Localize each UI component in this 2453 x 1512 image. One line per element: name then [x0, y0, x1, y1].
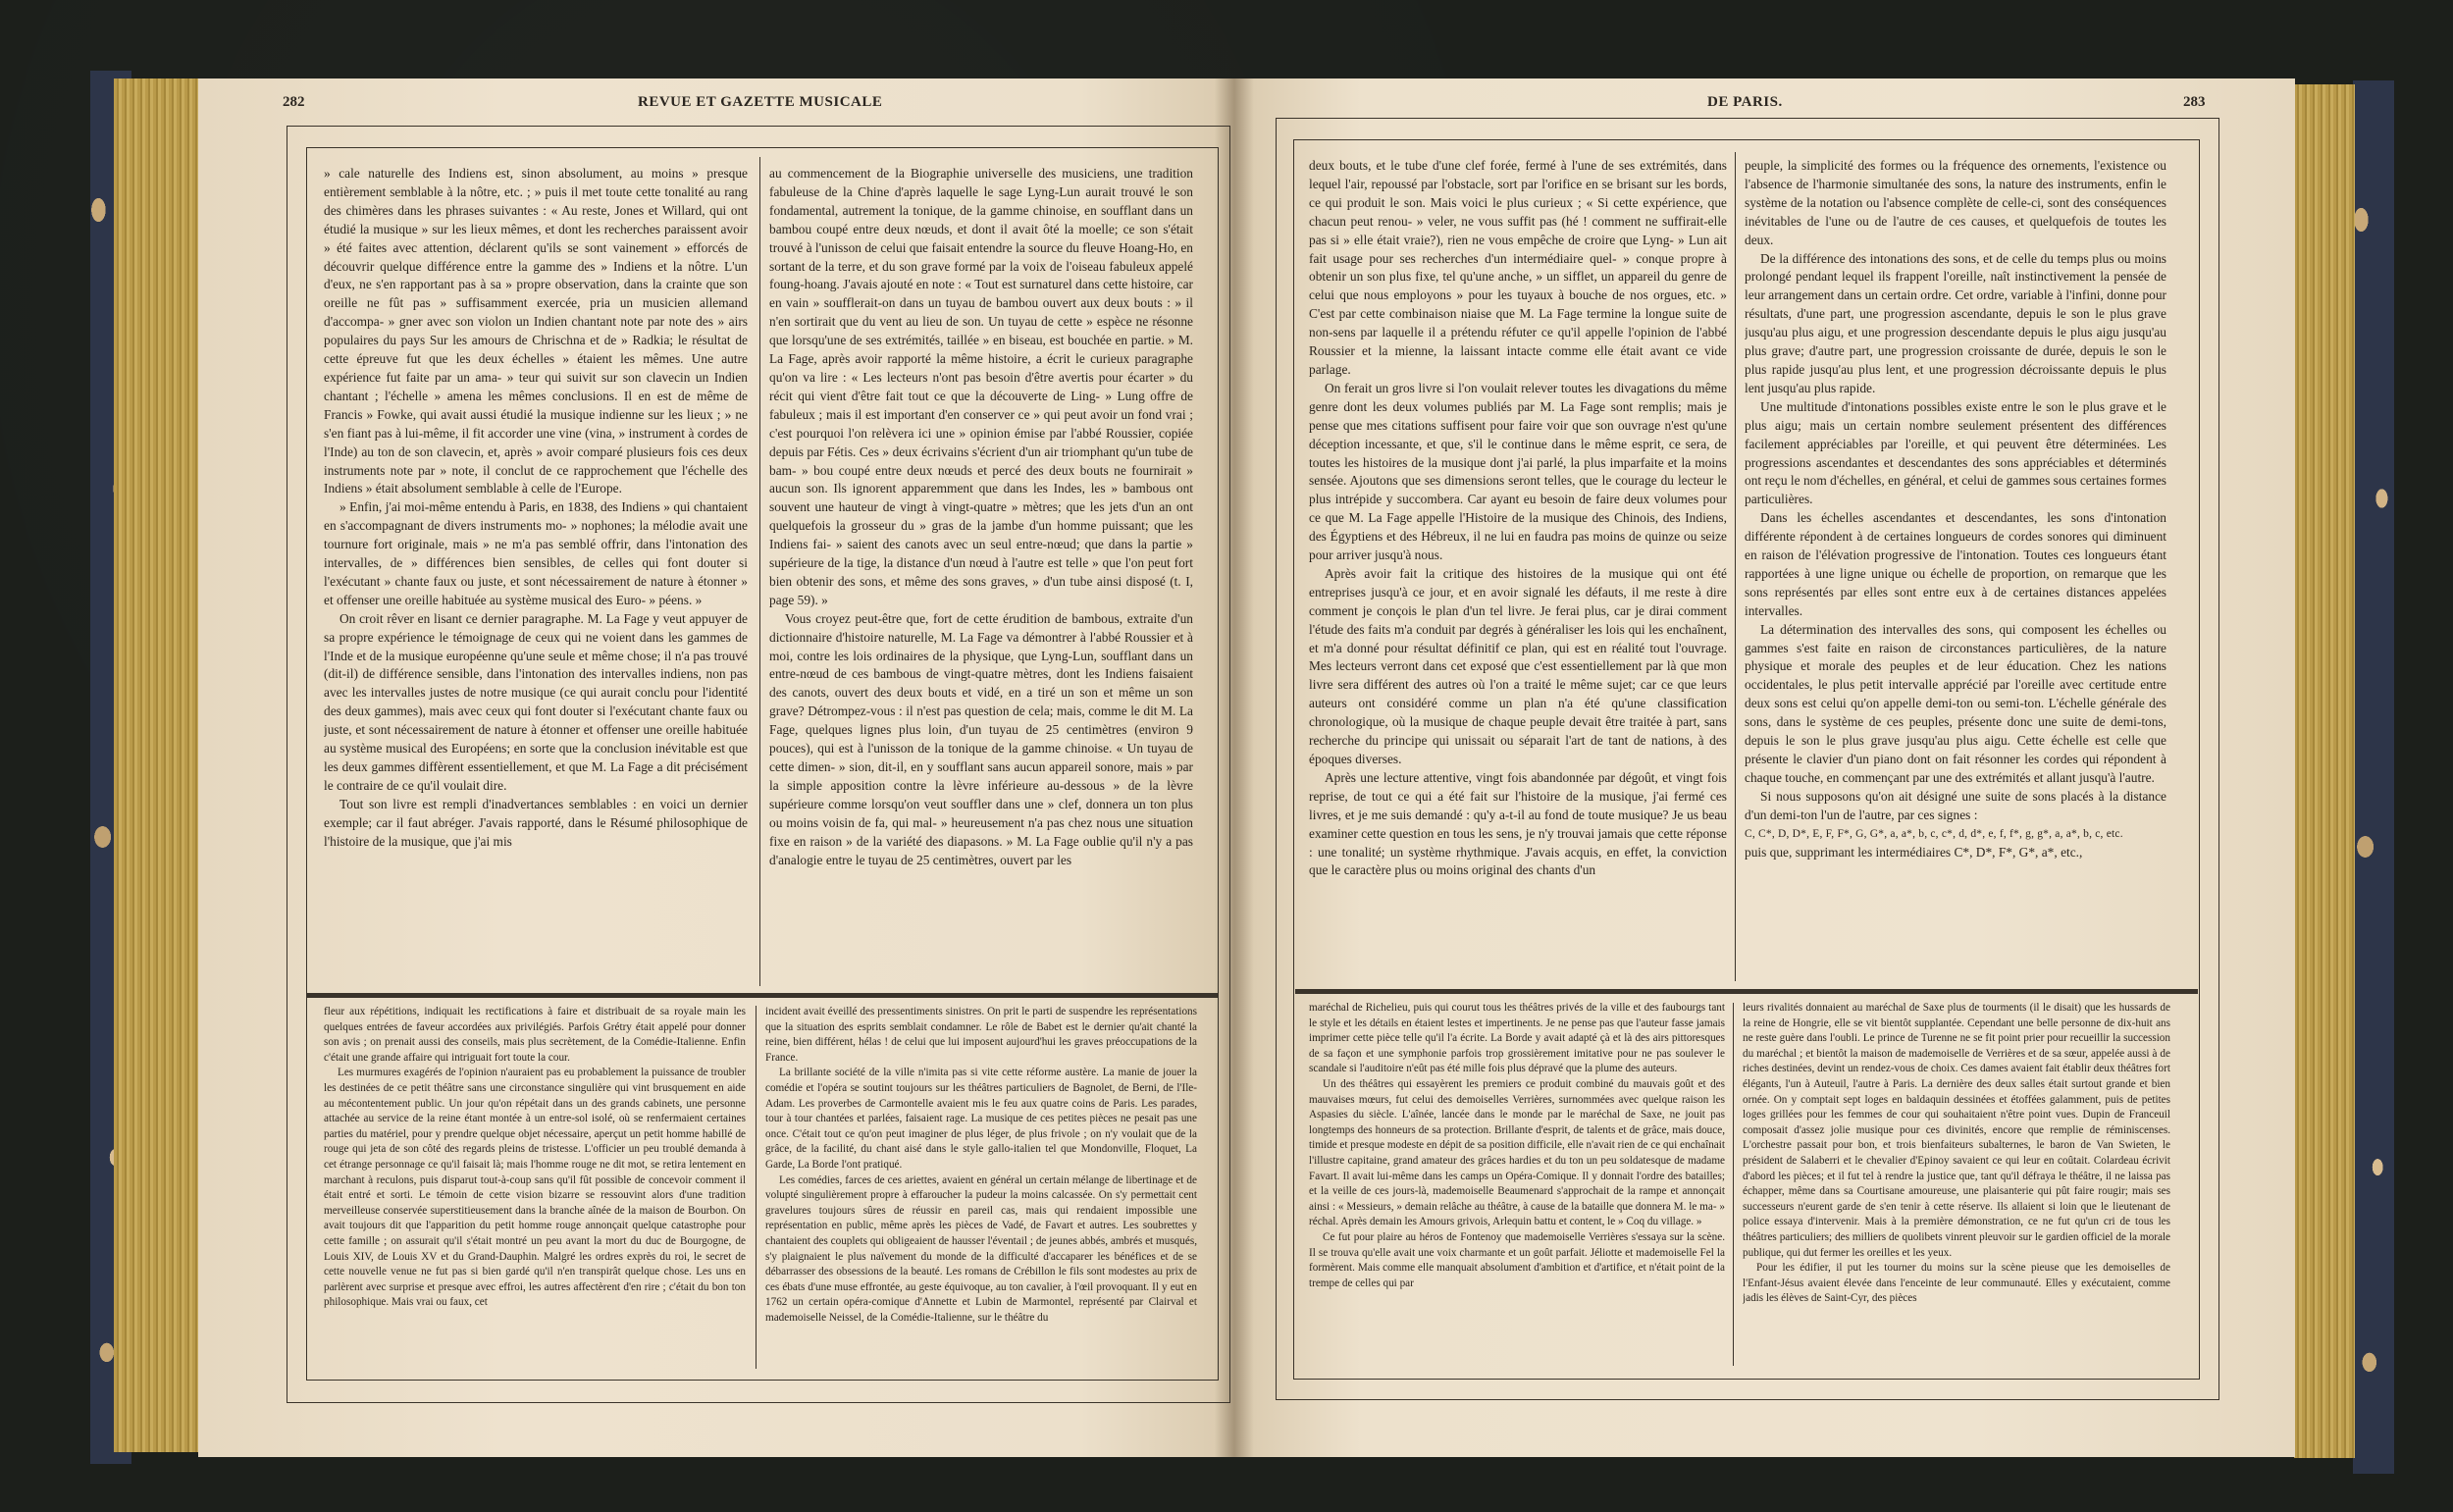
running-head-left: REVUE ET GAZETTE MUSICALE: [638, 94, 882, 111]
right-feuilleton-column-2: leurs rivalités donnaient au maréchal de…: [1743, 1001, 2170, 1370]
paragraph: Si nous supposons qu'on ait désigné une …: [1745, 788, 2166, 825]
left-page-column-2: au commencement de la Biographie univers…: [769, 165, 1193, 981]
paragraph: Dans les échelles ascendantes et descend…: [1745, 509, 2166, 620]
paragraph: Tout son livre est rempli d'inadvertance…: [324, 796, 748, 852]
book-cover-right-edge: [2353, 80, 2394, 1474]
paragraph: puis que, supprimant les intermédiaires …: [1745, 844, 2166, 862]
paragraph: Ce fut pour plaire au héros de Fontenoy …: [1309, 1230, 1725, 1291]
left-page-column-1: » cale naturelle des Indiens est, sinon …: [324, 165, 748, 981]
right-column-divider: [1735, 152, 1736, 981]
paragraph: La détermination des intervalles des son…: [1745, 621, 2166, 788]
right-feuilleton-rule: [1295, 989, 2198, 994]
paragraph: » cale naturelle des Indiens est, sinon …: [324, 165, 748, 498]
note-names-line: C, C*, D, D*, E, F, F*, G, G*, a, a*, b,…: [1745, 825, 2166, 844]
page-block-left-edge: [114, 78, 198, 1452]
right-feuilleton-divider: [1733, 1003, 1734, 1366]
paragraph: Vous croyez peut-être que, fort de cette…: [769, 610, 1193, 870]
right-page-column-1: deux bouts, et le tube d'une clef forée,…: [1309, 157, 1727, 981]
page-number-right: 283: [2183, 94, 2206, 111]
paragraph: » Enfin, j'ai moi-même entendu à Paris, …: [324, 498, 748, 609]
paragraph: leurs rivalités donnaient au maréchal de…: [1743, 1001, 2170, 1261]
page-number-left: 282: [283, 94, 305, 111]
paragraph: maréchal de Richelieu, puis qui courut t…: [1309, 1001, 1725, 1077]
left-feuilleton-column-2: incident avait éveillé des pressentiment…: [765, 1005, 1197, 1370]
paragraph: fleur aux répétitions, indiquait les rec…: [324, 1005, 746, 1066]
paragraph: au commencement de la Biographie univers…: [769, 165, 1193, 610]
paragraph: La brillante société de la ville n'imita…: [765, 1066, 1197, 1173]
paragraph: Les murmures exagérés de l'opinion n'aur…: [324, 1066, 746, 1311]
right-page-column-2: peuple, la simplicité des formes ou la f…: [1745, 157, 2166, 981]
paragraph: On croit rêver en lisant ce dernier para…: [324, 610, 748, 796]
paragraph: peuple, la simplicité des formes ou la f…: [1745, 157, 2166, 250]
paragraph: Pour les édifier, il put les tourner du …: [1743, 1261, 2170, 1307]
paragraph: incident avait éveillé des pressentiment…: [765, 1005, 1197, 1066]
left-feuilleton-divider: [756, 1006, 757, 1369]
paragraph: deux bouts, et le tube d'une clef forée,…: [1309, 157, 1727, 380]
paragraph: Après une lecture attentive, vingt fois …: [1309, 769, 1727, 880]
paragraph: On ferait un gros livre si l'on voulait …: [1309, 380, 1727, 565]
right-feuilleton-column-1: maréchal de Richelieu, puis qui courut t…: [1309, 1001, 1725, 1370]
paragraph: De la différence des intonations des son…: [1745, 250, 2166, 398]
running-head-right: DE PARIS.: [1707, 94, 1783, 111]
left-column-divider: [759, 157, 760, 986]
paragraph: Une multitude d'intonations possibles ex…: [1745, 398, 2166, 509]
paragraph: Après avoir fait la critique des histoir…: [1309, 565, 1727, 769]
paragraph: Un des théâtres qui essayèrent les premi…: [1309, 1077, 1725, 1230]
left-feuilleton-rule: [306, 993, 1219, 998]
paragraph: Les comédies, farces de ces ariettes, av…: [765, 1173, 1197, 1327]
left-feuilleton-column-1: fleur aux répétitions, indiquait les rec…: [324, 1005, 746, 1370]
page-block-right-edge: [2294, 84, 2355, 1458]
